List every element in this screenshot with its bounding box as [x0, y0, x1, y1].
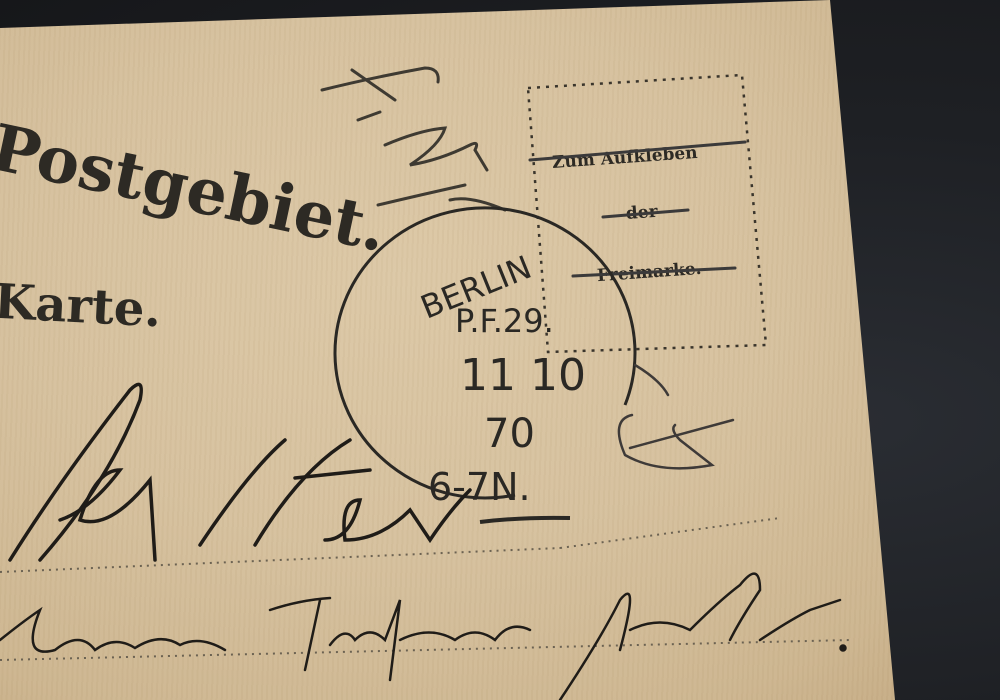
handwritten-line-bottom: [0, 574, 846, 700]
printed-heading: Postgebiet.: [0, 110, 393, 267]
printed-subheading: Karte.: [0, 274, 163, 339]
handwritten-initials: [619, 365, 733, 468]
postmark-line-1: P.F.29.: [455, 302, 554, 340]
writing-lines: [0, 518, 850, 660]
postmark-line-4: 6-7N.: [428, 465, 531, 509]
postcard-markings: Postgebiet. Karte. Zum Aufkleben der Fre…: [0, 0, 1000, 700]
heading-postgebiet: Postgebiet.: [0, 110, 393, 267]
subheading-karte: Karte.: [0, 274, 163, 339]
postmark-line-2: 11 10: [460, 350, 586, 401]
postmark-line-3: 70: [484, 411, 535, 457]
